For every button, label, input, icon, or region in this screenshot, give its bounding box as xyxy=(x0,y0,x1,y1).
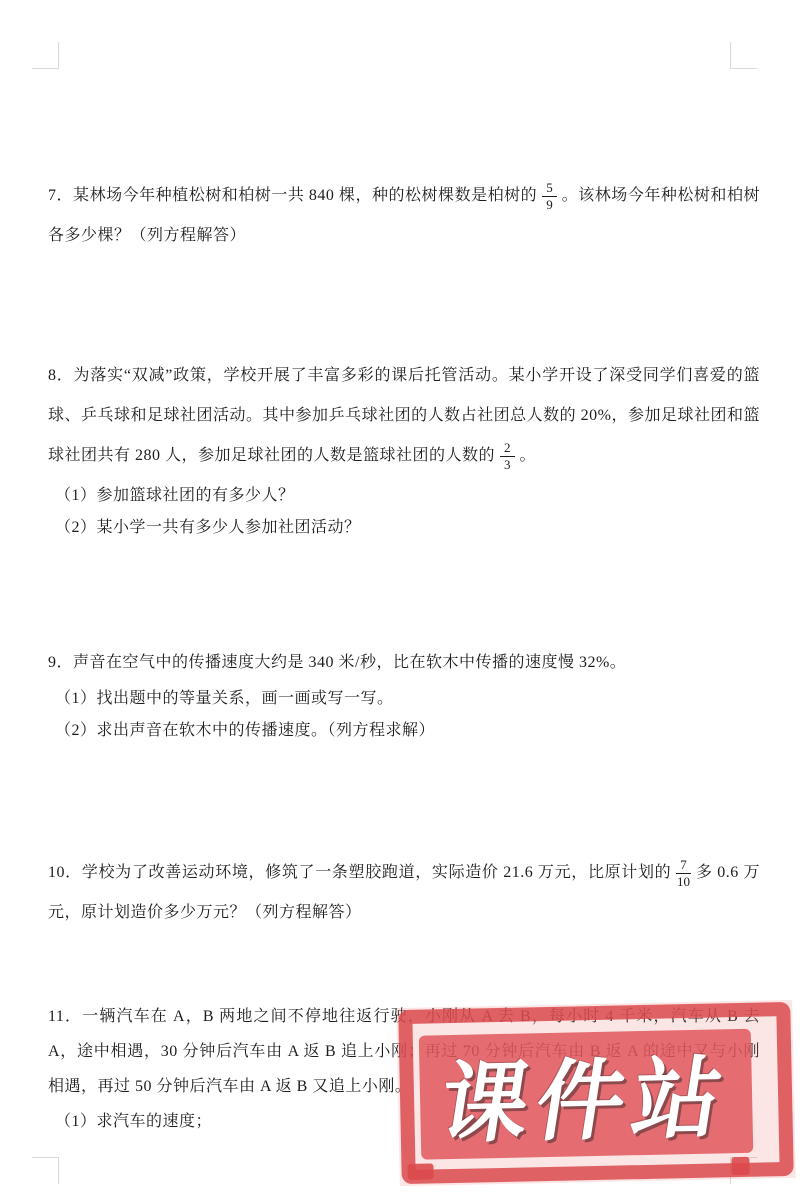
question-8-sub-1: （1）参加篮球社团的有多少人？ xyxy=(55,479,767,512)
question-8-text-pre: 8．为落实“双减”政策，学校开展了丰富多彩的课后托管活动。某小学开设了深受同学们… xyxy=(48,367,760,464)
question-9: 9．声音在空气中的传播速度大约是 340 米/秒，比在软木中传播的速度慢 32%… xyxy=(48,643,760,683)
fraction-2-3: 23 xyxy=(500,441,515,471)
question-7-text-pre: 7．某林场今年种植松树和柏树一共 840 棵，种的松树棵数是柏树的 xyxy=(48,187,537,204)
question-7: 7．某林场今年种植松树和柏树一共 840 棵，种的松树棵数是柏树的59。该林场今… xyxy=(48,176,760,256)
question-8-sub-2: （2）某小学一共有多少人参加社团活动？ xyxy=(55,511,767,544)
watermark-stamp-fill: 课件站 xyxy=(419,1029,754,1160)
fraction-numerator: 2 xyxy=(500,441,515,457)
crop-mark-bottom-left xyxy=(32,1157,59,1184)
crop-mark-top-right xyxy=(730,42,757,69)
question-8: 8．为落实“双减”政策，学校开展了丰富多彩的课后托管活动。某小学开设了深受同学们… xyxy=(48,356,760,476)
fraction-5-9: 59 xyxy=(542,181,557,211)
question-10: 10．学校为了改善运动环境，修筑了一条塑胶跑道，实际造价 21.6 万元，比原计… xyxy=(48,853,760,933)
question-10-text-pre: 10．学校为了改善运动环境，修筑了一条塑胶跑道，实际造价 21.6 万元，比原计… xyxy=(48,864,671,881)
fraction-numerator: 7 xyxy=(676,858,691,874)
worksheet-page: 7．某林场今年种植松树和柏树一共 840 棵，种的松树棵数是柏树的59。该林场今… xyxy=(0,0,800,1200)
fraction-7-10: 710 xyxy=(676,858,691,888)
crop-mark-top-left xyxy=(32,42,59,69)
watermark-stamp: 课件站 xyxy=(396,1000,796,1186)
fraction-denominator: 9 xyxy=(542,197,557,212)
fraction-denominator: 3 xyxy=(500,457,515,472)
question-8-text-post: 。 xyxy=(520,447,537,464)
question-9-sub-1: （1）找出题中的等量关系，画一画或写一写。 xyxy=(55,682,767,715)
question-9-sub-2: （2）求出声音在软木中的传播速度。（列方程求解） xyxy=(55,714,767,747)
watermark-text: 课件站 xyxy=(432,1028,740,1160)
fraction-numerator: 5 xyxy=(542,181,557,197)
fraction-denominator: 10 xyxy=(676,874,691,889)
